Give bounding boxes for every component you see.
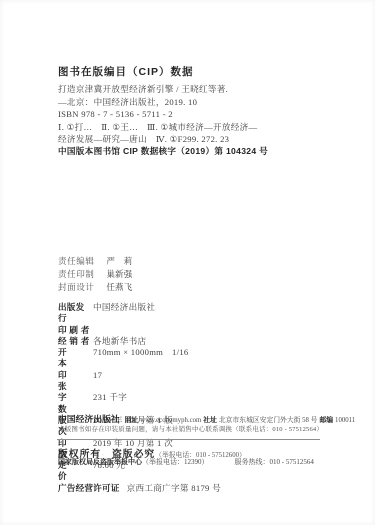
pub-row-printer: 印 刷 者 bbox=[58, 325, 221, 336]
staff-row-cover-designer: 封面设计任燕飞 bbox=[58, 281, 132, 294]
copyright-page: 图书在版编目（CIP）数据 打造京津冀开放型经济新引擎 / 王晓红等著. —北京… bbox=[0, 0, 375, 525]
pub-value: 710mm × 1000mm 1/16 bbox=[93, 347, 189, 370]
pub-label: 印 张 bbox=[58, 370, 93, 393]
cip-line-title-author: 打造京津冀开放型经济新引擎 / 王晓红等著. bbox=[58, 83, 257, 96]
cip-description: 打造京津冀开放型经济新引擎 / 王晓红等著. —北京：中国经济出版社，2019.… bbox=[58, 83, 257, 146]
pub-value: 京西工商广字第 8179 号 bbox=[127, 483, 221, 494]
staff-label: 封面设计 bbox=[58, 282, 94, 292]
pub-label: 广告经营许可证 bbox=[58, 483, 120, 494]
address-label: 社址 bbox=[203, 417, 217, 424]
staff-label: 责任编辑 bbox=[58, 256, 94, 266]
address-value: 北京市东城区安定门外大街 58 号 bbox=[219, 417, 318, 424]
publisher-name: 中国经济出版社 bbox=[58, 414, 120, 424]
staff-row-editor: 责任编辑严 莉 bbox=[58, 255, 132, 268]
pub-row-ad-license: 广告经营许可证京西工商广字第 8179 号 bbox=[58, 483, 221, 494]
pub-value: 17 bbox=[93, 370, 102, 393]
print-quality-notice: 本版图书如存在印装质量问题，请与本社销售中心联系调换（联系电话：010 - 57… bbox=[58, 424, 323, 433]
anti-piracy-line: 国家版权局反盗版举报中心（举报电话：12390）服务热线：010 - 57512… bbox=[58, 457, 314, 467]
staff-label: 责任印制 bbox=[58, 269, 94, 279]
staff-row-print-supervisor: 责任印制巢新强 bbox=[58, 268, 132, 281]
pub-value: 各地新华书店 bbox=[93, 336, 146, 347]
pub-row-publisher: 出版发行中国经济出版社 bbox=[58, 302, 221, 325]
staff-credits: 责任编辑严 莉 责任印制巢新强 封面设计任燕飞 bbox=[58, 255, 132, 293]
pub-row-distributor: 经 销 者各地新华书店 bbox=[58, 336, 221, 347]
cip-registration-number: 中国版本图书馆 CIP 数据核字（2019）第 104324 号 bbox=[58, 145, 268, 157]
cip-line-publisher: —北京：中国经济出版社，2019. 10 bbox=[58, 96, 257, 109]
zipcode-label: 邮编 bbox=[319, 417, 333, 424]
cip-heading: 图书在版编目（CIP）数据 bbox=[58, 64, 194, 79]
pub-value: 中国经济出版社 bbox=[93, 302, 155, 325]
pub-row-sheets: 印 张17 bbox=[58, 370, 221, 393]
pub-label: 开 本 bbox=[58, 347, 93, 370]
staff-value: 任燕飞 bbox=[106, 282, 132, 292]
cip-line-isbn: ISBN 978 - 7 - 5136 - 5711 - 2 bbox=[58, 108, 257, 121]
pub-label: 印 刷 者 bbox=[58, 325, 93, 336]
cip-line-classification-2: 经济发展—研究—唐山 Ⅳ. ①F299. 272. 23 bbox=[58, 133, 257, 146]
website-label: 网址 bbox=[125, 417, 139, 424]
zipcode-value: 100011 bbox=[335, 417, 355, 424]
staff-value: 巢新强 bbox=[106, 269, 132, 279]
service-hotline: 服务热线：010 - 57512564 bbox=[235, 458, 314, 466]
divider-rule bbox=[57, 439, 320, 440]
website-url: www.economyph.com bbox=[140, 417, 201, 424]
pub-row-format: 开 本710mm × 1000mm 1/16 bbox=[58, 347, 221, 370]
staff-value: 严 莉 bbox=[106, 256, 132, 266]
pub-label: 出版发行 bbox=[58, 302, 93, 325]
cip-line-classification-1: Ⅰ. ①打… Ⅱ. ①王… Ⅲ. ①城市经济—开放经济— bbox=[58, 121, 257, 134]
agency-report-phone: （举报电话：12390） bbox=[142, 458, 209, 466]
pub-label: 经 销 者 bbox=[58, 336, 93, 347]
anti-piracy-agency: 国家版权局反盗版举报中心 bbox=[58, 459, 142, 466]
